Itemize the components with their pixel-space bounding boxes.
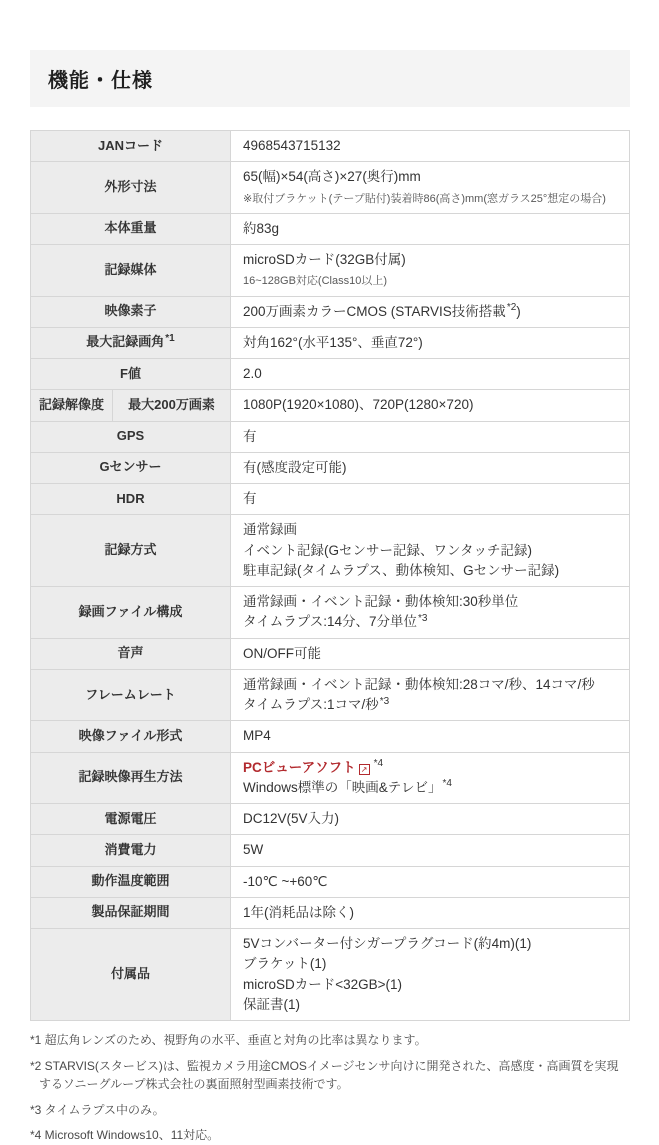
spec-label: 音声: [31, 638, 231, 669]
spec-label: F値: [31, 359, 231, 390]
spec-label: 記録方式: [31, 515, 231, 587]
text-segment: ): [516, 304, 521, 319]
text-segment: 200万画素カラーCMOS (STARVIS技術搭載: [243, 304, 506, 319]
spec-value-line: 4968543715132: [243, 136, 617, 156]
spec-value-line: 65(幅)×54(高さ)×27(奥行)mm: [243, 167, 617, 187]
text-segment: GPS: [117, 428, 144, 443]
spec-label: Gセンサー: [31, 452, 231, 483]
text-segment: 録画ファイル構成: [79, 604, 183, 619]
spec-value-line: 5W: [243, 840, 617, 860]
spec-row: 録画ファイル構成通常録画・イベント記録・動体検知:30秒単位タイムラプス:14分…: [31, 587, 630, 639]
text-segment: イベント記録(Gセンサー記録、ワンタッチ記録): [243, 543, 532, 558]
text-segment: -10℃ ~+60℃: [243, 874, 327, 889]
spec-value: 通常録画イベント記録(Gセンサー記録、ワンタッチ記録)駐車記録(タイムラプス、動…: [231, 515, 630, 587]
spec-row: 記録方式通常録画イベント記録(Gセンサー記録、ワンタッチ記録)駐車記録(タイムラ…: [31, 515, 630, 587]
text-segment: 5Vコンバーター付シガープラグコード(約4m)(1): [243, 936, 531, 951]
text-segment: HDR: [116, 491, 144, 506]
spec-value-line: 1年(消耗品は除く): [243, 903, 617, 923]
spec-row: 記録解像度最大200万画素1080P(1920×1080)、720P(1280×…: [31, 390, 630, 421]
spec-label: 付属品: [31, 929, 231, 1021]
spec-row: 映像ファイル形式MP4: [31, 721, 630, 752]
text-segment: 動作温度範囲: [92, 873, 170, 888]
spec-value: 有: [231, 484, 630, 515]
text-segment: 最大200万画素: [128, 397, 215, 412]
text-segment: タイムラプス:1コマ/秒: [243, 697, 379, 712]
spec-value: 2.0: [231, 359, 630, 390]
spec-label: 記録媒体: [31, 245, 231, 297]
text-segment: 通常録画・イベント記録・動体検知:28コマ/秒、14コマ/秒: [243, 677, 595, 692]
spec-value: 通常録画・イベント記録・動体検知:28コマ/秒、14コマ/秒タイムラプス:1コマ…: [231, 669, 630, 721]
spec-label: 動作温度範囲: [31, 866, 231, 897]
spec-value: microSDカード(32GB付属)16~128GB対応(Class10以上): [231, 245, 630, 297]
text-segment: 消費電力: [105, 842, 157, 857]
text-segment: 記録解像度: [39, 397, 104, 412]
text-segment: 通常録画: [243, 522, 297, 537]
footnote: *1 超広角レンズのため、視野角の水平、垂直と対角の比率は異なります。: [30, 1031, 629, 1050]
spec-value: -10℃ ~+60℃: [231, 866, 630, 897]
footnote-marker-sup: *2: [507, 302, 516, 313]
footnote-marker-sup: *4: [443, 778, 452, 789]
spec-row: 映像素子200万画素カラーCMOS (STARVIS技術搭載*2): [31, 296, 630, 327]
footnote: *4 Microsoft Windows10、11対応。: [30, 1126, 629, 1145]
text-segment: 1年(消耗品は除く): [243, 905, 354, 920]
text-segment: 4968543715132: [243, 138, 341, 153]
spec-label: HDR: [31, 484, 231, 515]
footnote-marker-sup: *3: [418, 613, 427, 624]
spec-value: 4968543715132: [231, 131, 630, 162]
spec-value-line: Windows標準の「映画&テレビ」*4: [243, 778, 617, 798]
spec-value: MP4: [231, 721, 630, 752]
spec-row: JANコード4968543715132: [31, 131, 630, 162]
spec-value-line: ブラケット(1): [243, 954, 617, 974]
spec-row: 音声ON/OFF可能: [31, 638, 630, 669]
spec-value-line: 有: [243, 489, 617, 509]
section-title-banner: 機能・仕様: [30, 50, 630, 107]
page-content: 機能・仕様 JANコード4968543715132外形寸法65(幅)×54(高さ…: [30, 50, 630, 1145]
spec-value-line: 1080P(1920×1080)、720P(1280×720): [243, 395, 617, 415]
spec-label: JANコード: [31, 131, 231, 162]
spec-row: 本体重量約83g: [31, 213, 630, 244]
text-segment: 有(感度設定可能): [243, 460, 347, 475]
text-segment: 映像素子: [105, 303, 157, 318]
spec-value-line: microSDカード<32GB>(1): [243, 975, 617, 995]
spec-value: 有(感度設定可能): [231, 452, 630, 483]
text-segment: 通常録画・イベント記録・動体検知:30秒単位: [243, 594, 518, 609]
spec-row: Gセンサー有(感度設定可能): [31, 452, 630, 483]
text-segment: Windows標準の「映画&テレビ」: [243, 780, 442, 795]
spec-row: 最大記録画角*1対角162°(水平135°、垂直72°): [31, 327, 630, 358]
text-segment: 保証書(1): [243, 997, 300, 1012]
spec-row: 電源電圧DC12V(5V入力): [31, 804, 630, 835]
spec-value-line: DC12V(5V入力): [243, 809, 617, 829]
spec-value-line: 通常録画: [243, 520, 617, 540]
spec-label: GPS: [31, 421, 231, 452]
text-segment: 16~128GB対応(Class10以上): [243, 275, 387, 287]
text-segment: 対角162°(水平135°、垂直72°): [243, 335, 423, 350]
text-segment: F値: [120, 366, 141, 381]
text-segment: DC12V(5V入力): [243, 811, 339, 826]
spec-row: 記録映像再生方法PCビューアソフト↗*4Windows標準の「映画&テレビ」*4: [31, 752, 630, 804]
text-segment: フレームレート: [85, 687, 175, 702]
text-segment: ブラケット(1): [243, 956, 326, 971]
spec-value-line: タイムラプス:14分、7分単位*3: [243, 612, 617, 632]
footnote: *3 タイムラプス中のみ。: [30, 1101, 629, 1120]
external-link-icon[interactable]: ↗: [359, 764, 370, 775]
text-segment: 記録方式: [105, 542, 157, 557]
spec-value: 200万画素カラーCMOS (STARVIS技術搭載*2): [231, 296, 630, 327]
spec-value: 通常録画・イベント記録・動体検知:30秒単位タイムラプス:14分、7分単位*3: [231, 587, 630, 639]
spec-label: フレームレート: [31, 669, 231, 721]
text-segment: 製品保証期間: [92, 904, 170, 919]
text-segment: 電源電圧: [105, 811, 157, 826]
spec-value-line: 約83g: [243, 219, 617, 239]
spec-label: 消費電力: [31, 835, 231, 866]
spec-label: 記録映像再生方法: [31, 752, 231, 804]
text-segment: 約83g: [243, 221, 279, 236]
text-segment: MP4: [243, 728, 271, 743]
spec-value-line: 2.0: [243, 364, 617, 384]
spec-value: ON/OFF可能: [231, 638, 630, 669]
text-segment: 5W: [243, 842, 263, 857]
text-segment: microSDカード<32GB>(1): [243, 977, 402, 992]
spec-value-line: 有(感度設定可能): [243, 458, 617, 478]
text-segment: 有: [243, 429, 257, 444]
spec-label: 記録解像度: [31, 390, 113, 421]
spec-row: 動作温度範囲-10℃ ~+60℃: [31, 866, 630, 897]
spec-value-line: microSDカード(32GB付属): [243, 250, 617, 270]
text-segment: ※取付ブラケット(テープ貼付)装着時86(高さ)mm(窓ガラス25°想定の場合): [243, 193, 606, 205]
text-segment: JANコード: [98, 138, 163, 153]
spec-label: 本体重量: [31, 213, 231, 244]
spec-value-line: ※取付ブラケット(テープ貼付)装着時86(高さ)mm(窓ガラス25°想定の場合): [243, 188, 617, 208]
spec-value: 5Vコンバーター付シガープラグコード(約4m)(1)ブラケット(1)microS…: [231, 929, 630, 1021]
spec-row: GPS有: [31, 421, 630, 452]
text-segment: 65(幅)×54(高さ)×27(奥行)mm: [243, 169, 421, 184]
text-segment: 本体重量: [105, 220, 157, 235]
spec-row: 記録媒体microSDカード(32GB付属)16~128GB対応(Class10…: [31, 245, 630, 297]
text-segment: 最大記録画角: [86, 334, 164, 349]
footnote-marker-sup: *3: [380, 696, 389, 707]
spec-label: 映像素子: [31, 296, 231, 327]
spec-value-line: 有: [243, 427, 617, 447]
spec-value-line: MP4: [243, 726, 617, 746]
spec-table-body: JANコード4968543715132外形寸法65(幅)×54(高さ)×27(奥…: [31, 131, 630, 1021]
page-title: 機能・仕様: [48, 64, 153, 93]
spec-row: 付属品5Vコンバーター付シガープラグコード(約4m)(1)ブラケット(1)mic…: [31, 929, 630, 1021]
spec-value: 5W: [231, 835, 630, 866]
spec-value-line: ON/OFF可能: [243, 644, 617, 664]
spec-row: フレームレート通常録画・イベント記録・動体検知:28コマ/秒、14コマ/秒タイム…: [31, 669, 630, 721]
spec-row: 製品保証期間1年(消耗品は除く): [31, 897, 630, 928]
text-segment: 映像ファイル形式: [79, 728, 183, 743]
spec-value-line: 通常録画・イベント記録・動体検知:28コマ/秒、14コマ/秒: [243, 675, 617, 695]
text-segment: 1080P(1920×1080)、720P(1280×720): [243, 397, 473, 412]
spec-value-line: PCビューアソフト↗*4: [243, 758, 617, 778]
text-segment: ON/OFF可能: [243, 646, 321, 661]
spec-value: DC12V(5V入力): [231, 804, 630, 835]
spec-label: 外形寸法: [31, 162, 231, 214]
footnotes: *1 超広角レンズのため、視野角の水平、垂直と対角の比率は異なります。*2 ST…: [30, 1031, 629, 1145]
spec-value: 約83g: [231, 213, 630, 244]
text-segment: 2.0: [243, 366, 262, 381]
spec-label: 電源電圧: [31, 804, 231, 835]
spec-sublabel: 最大200万画素: [113, 390, 231, 421]
text-segment: 記録映像再生方法: [79, 769, 183, 784]
spec-value-line: タイムラプス:1コマ/秒*3: [243, 695, 617, 715]
spec-row: 外形寸法65(幅)×54(高さ)×27(奥行)mm※取付ブラケット(テープ貼付)…: [31, 162, 630, 214]
footnote-marker-sup: *1: [165, 333, 174, 344]
spec-value: 1080P(1920×1080)、720P(1280×720): [231, 390, 630, 421]
spec-value-line: 5Vコンバーター付シガープラグコード(約4m)(1): [243, 934, 617, 954]
spec-row: 消費電力5W: [31, 835, 630, 866]
spec-value: 有: [231, 421, 630, 452]
spec-label: 製品保証期間: [31, 897, 231, 928]
spec-value: PCビューアソフト↗*4Windows標準の「映画&テレビ」*4: [231, 752, 630, 804]
spec-value-line: -10℃ ~+60℃: [243, 872, 617, 892]
text-segment: 外形寸法: [105, 179, 157, 194]
spec-label: 録画ファイル構成: [31, 587, 231, 639]
footnote-marker-sup: *4: [374, 758, 383, 769]
spec-value-line: 200万画素カラーCMOS (STARVIS技術搭載*2): [243, 302, 617, 322]
spec-table: JANコード4968543715132外形寸法65(幅)×54(高さ)×27(奥…: [30, 130, 630, 1021]
text-segment: 付属品: [111, 966, 150, 981]
spec-value-line: 対角162°(水平135°、垂直72°): [243, 333, 617, 353]
spec-value: 1年(消耗品は除く): [231, 897, 630, 928]
spec-label: 映像ファイル形式: [31, 721, 231, 752]
spec-row: F値2.0: [31, 359, 630, 390]
text-segment: タイムラプス:14分、7分単位: [243, 614, 417, 629]
spec-value-line: 通常録画・イベント記録・動体検知:30秒単位: [243, 592, 617, 612]
text-segment: Gセンサー: [99, 459, 161, 474]
spec-value: 対角162°(水平135°、垂直72°): [231, 327, 630, 358]
spec-value-line: 保証書(1): [243, 995, 617, 1015]
text-segment: 駐車記録(タイムラプス、動体検知、Gセンサー記録): [243, 563, 559, 578]
spec-label: 最大記録画角*1: [31, 327, 231, 358]
spec-row: HDR有: [31, 484, 630, 515]
spec-value: 65(幅)×54(高さ)×27(奥行)mm※取付ブラケット(テープ貼付)装着時8…: [231, 162, 630, 214]
spec-value-line: イベント記録(Gセンサー記録、ワンタッチ記録): [243, 541, 617, 561]
spec-value-line: 駐車記録(タイムラプス、動体検知、Gセンサー記録): [243, 561, 617, 581]
text-segment: 有: [243, 491, 257, 506]
text-segment: 記録媒体: [105, 262, 157, 277]
text-segment: microSDカード(32GB付属): [243, 252, 406, 267]
pc-viewer-soft-link[interactable]: PCビューアソフト: [243, 760, 356, 775]
spec-value-line: 16~128GB対応(Class10以上): [243, 270, 617, 290]
text-segment: 音声: [118, 645, 144, 660]
footnote: *2 STARVIS(スタービス)は、監視カメラ用途CMOSイメージセンサ向けに…: [30, 1057, 629, 1094]
